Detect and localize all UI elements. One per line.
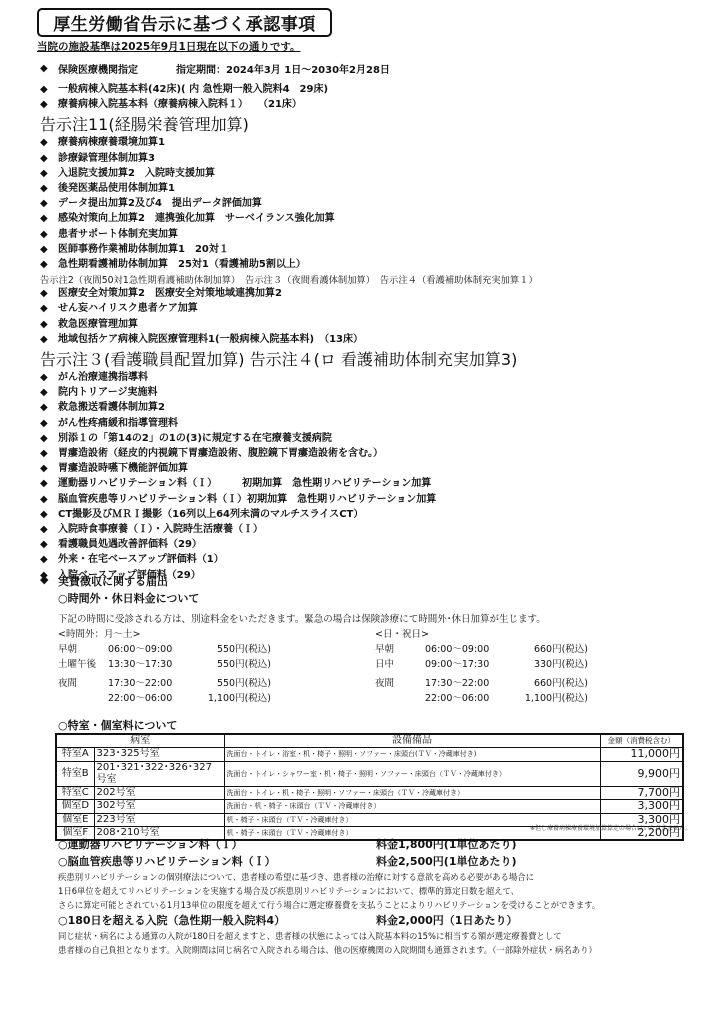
list-item: ◆療養病棟入院基本料（療養病棟入院料１） （21床） (40, 97, 720, 112)
diamond-bullet-icon: ◆ (40, 537, 58, 552)
room-price: 11,000円 (600, 748, 683, 762)
list-item: ◆療養病棟療養環境加算1 (40, 135, 720, 150)
table-header-row: 病室 設備備品 金額（消費税含む） (56, 734, 683, 748)
room-numbers: 201･321･322･326･327号室 (94, 761, 224, 786)
diamond-bullet-icon: ◆ (40, 227, 58, 242)
time: 17:30～22:00 (108, 676, 201, 691)
diamond-bullet-icon: ◆ (40, 332, 58, 347)
room-type: 個室E (56, 813, 94, 827)
room-equipment: 洗面台・トイレ・浴室・机・椅子・照明・ソファー・床頭台(ＴＶ・冷蔵庫付き) (224, 748, 600, 762)
list-item: ◆胃瘻造設術（経皮的内視鏡下胃瘻造設術、腹腔鏡下胃瘻造設術を含む。） (40, 446, 720, 461)
fee-row: 夜間17:30～22:00550円(税込) (58, 676, 375, 691)
diamond-bullet-icon: ◆ (40, 400, 58, 415)
room-numbers: 323･325号室 (94, 748, 224, 762)
fee: 1,100円(税込) (518, 691, 588, 706)
fee-row: 日中09:00～17:30330円(税込) (375, 657, 692, 672)
fee: 1,100円(税込) (201, 691, 271, 706)
diamond-bullet-icon: ◆ (40, 242, 58, 257)
item-subtext: 告示注11(経腸栄養管理加算) (40, 112, 720, 135)
page-title-text: 厚生労働省告示に基づく承認事項 (53, 10, 316, 35)
item-text: 院内トリアージ実施料 (58, 385, 158, 400)
fee-row: 早朝06:00～09:00660円(税込) (375, 642, 692, 657)
holiday-header: <日・祝日> (375, 628, 692, 642)
rehab-fees: ○運動器リハビリテーション料（Ｉ）料金1,800円(1単位あたり) ○脳血管疾患… (58, 836, 718, 957)
fee: 550円(税込) (201, 657, 271, 672)
fee-row: 夜間17:30～22:00660円(税込) (375, 676, 692, 691)
item-text: 急性期看護補助体制加算 25対1（看護補助5割以上） (58, 257, 306, 272)
item-text: がん性疼痛緩和指導管理料 (58, 416, 178, 431)
item-text: 療養病棟療養環境加算1 (58, 135, 165, 150)
diamond-bullet-icon: ◆ (40, 97, 58, 112)
fee-row: 22:00～06:001,100円(税込) (58, 691, 375, 706)
room-type: 特室B (56, 761, 94, 786)
room-numbers: 302号室 (94, 800, 224, 814)
period: 早朝 (58, 642, 108, 657)
item-text: 医師事務作業補助体制加算1 20対１ (58, 242, 229, 257)
list-item: ◆がん治療連携指導料 (40, 370, 720, 385)
room-fee-note: ※但し療養病棟療養環境加算算定の場合はいただきません。 (530, 823, 691, 832)
item-subtext: 告示注３(看護職員配置加算) 告示注４(ロ 看護補助体制充実加算3) (40, 347, 720, 370)
table-row: 特室C 202号室 洗面台・トイレ・机・椅子・照明・ソファー・床頭台（ＴＶ・冷蔵… (56, 786, 683, 800)
long-stay-fee-row: ○180日を超える入院（急性期一般入院料4）料金2,000円（1日あたり） (58, 912, 718, 929)
period (375, 691, 425, 706)
item-text: 感染対策向上加算2 連携強化加算 サーベイランス強化加算 (58, 211, 335, 226)
item-text: 脳血管疾患等リハビリテーション料（Ｉ）初期加算 急性期リハビリテーション加算 (58, 492, 436, 507)
fee-row: 22:00～06:001,100円(税込) (375, 691, 692, 706)
period: 日中 (375, 657, 425, 672)
period: 夜間 (375, 676, 425, 691)
list-item: ◆医療安全対策加算2 医療安全対策地域連携加算2 (40, 286, 720, 301)
item-text: データ提出加算2及び4 提出データ評価加算 (58, 196, 262, 211)
item-text: 療養病棟入院基本料（療養病棟入院料１） （21床） (58, 97, 302, 112)
rehab-fee-row: ○運動器リハビリテーション料（Ｉ）料金1,800円(1単位あたり) (58, 836, 718, 853)
private-room-fees-title: ○特室・個室料について (58, 717, 177, 733)
time: 22:00～06:00 (108, 691, 201, 706)
time: 06:00～09:00 (108, 642, 201, 657)
rehab-description-line: 疾患別リハビリテーションの個別療法について、患者様の希望に基づき、患者様の治療に… (58, 870, 718, 884)
time: 13:30～17:30 (108, 657, 201, 672)
table-row: 特室A 323･325号室 洗面台・トイレ・浴室・机・椅子・照明・ソファー・床頭… (56, 748, 683, 762)
diamond-bullet-icon: ◆ (40, 151, 58, 166)
list-item: ◆脳血管疾患等リハビリテーション料（Ｉ）初期加算 急性期リハビリテーション加算 (40, 492, 720, 507)
diamond-bullet-icon: ◆ (40, 431, 58, 446)
diamond-bullet-icon: ◆ (40, 257, 58, 272)
list-item: ◆院内トリアージ実施料 (40, 385, 720, 400)
approved-items-list: ◆一般病棟入院基本料(42床)( 内 急性期一般入院料4 29床) ◆療養病棟入… (40, 82, 720, 583)
diamond-bullet-icon: ◆ (40, 135, 58, 150)
fee-row: 早朝06:00～09:00550円(税込) (58, 642, 375, 657)
diamond-bullet-icon: ◆ (40, 476, 58, 491)
list-item: ◆せん妄ハイリスク患者ケア加算 (40, 301, 720, 316)
rehab-description-line: 1日6単位を超えてリハビリテーションを実施する場合及び疾患別リハビリテーションに… (58, 884, 718, 898)
diamond-bullet-icon: ◆ (40, 166, 58, 181)
item-text: 後発医薬品使用体制加算1 (58, 181, 175, 196)
list-item: ◆救急医療管理加算 (40, 317, 720, 332)
diamond-bullet-icon: ◆ (40, 416, 58, 431)
list-item: ◆急性期看護補助体制加算 25対1（看護補助5割以上） (40, 257, 720, 272)
diamond-bullet-icon: ◆ (40, 301, 58, 316)
list-item: ◆地域包括ケア病棟入院医療管理料1(一般病棟入院基本料) （13床） (40, 332, 720, 347)
diamond-bullet-icon: ◆ (40, 385, 58, 400)
list-item: ◆胃瘻造設時嚥下機能評価加算 (40, 461, 720, 476)
room-numbers: 223号室 (94, 813, 224, 827)
room-price: 9,900円 (600, 761, 683, 786)
insurance-designation: ◆ 保険医療機関指定 指定期間：2024年3月 1日～2030年2月28日 (40, 61, 390, 76)
room-price: 3,300円 (600, 800, 683, 814)
diamond-bullet-icon: ◆ (40, 82, 58, 97)
time: 22:00～06:00 (425, 691, 518, 706)
room-type: 特室C (56, 786, 94, 800)
diamond-bullet-icon: ◆ (40, 573, 58, 589)
item-text: がん治療連携指導料 (58, 370, 148, 385)
period: 早朝 (375, 642, 425, 657)
table-row: 特室B 201･321･322･326･327号室 洗面台・トイレ・シャワー室・… (56, 761, 683, 786)
list-item: ◆入退院支援加算2 入院時支援加算 (40, 166, 720, 181)
diamond-bullet-icon: ◆ (40, 63, 58, 74)
item-text: 入院時食事療養（Ｉ）・入院時生活療養（Ｉ） (58, 522, 263, 537)
long-stay-name: ○180日を超える入院（急性期一般入院料4） (58, 912, 376, 929)
after-hours-description: 下記の時間に受診される方は、別途料金をいただきます。緊急の場合は保険診療にて時間… (58, 611, 708, 625)
item-text: 入退院支援加算2 入院時支援加算 (58, 166, 215, 181)
room-type: 特室A (56, 748, 94, 762)
room-type: 個室D (56, 800, 94, 814)
weekday-fees: <時間外：月～土> 早朝06:00～09:00550円(税込) 土曜午後13:3… (58, 628, 375, 706)
room-equipment: 洗面台・机・椅子・床頭台（ＴＶ・冷蔵庫付き） (224, 800, 600, 814)
long-stay-fee: 料金2,000円（1日あたり） (376, 912, 517, 929)
item-text: 胃瘻造設術（経皮的内視鏡下胃瘻造設術、腹腔鏡下胃瘻造設術を含む。） (58, 446, 383, 461)
fee: 660円(税込) (518, 642, 588, 657)
list-item: ◆一般病棟入院基本料(42床)( 内 急性期一般入院料4 29床) (40, 82, 720, 97)
list-item: ◆入院時食事療養（Ｉ）・入院時生活療養（Ｉ） (40, 522, 720, 537)
list-item: ◆看護職員処遇改善評価料（29） (40, 537, 720, 552)
after-hours-title: ○時間外・休日料金について (58, 590, 708, 606)
rehab-name: ○脳血管疾患等リハビリテーション料（Ｉ） (58, 853, 376, 870)
fee: 550円(税込) (201, 676, 271, 691)
item-text: CT撮影及びＭＲＩ撮影（16列以上64列未満のマルチスライスCT） (58, 507, 363, 522)
diamond-bullet-icon: ◆ (40, 552, 58, 567)
item-text: 運動器リハビリテーション料（Ｉ） 初期加算 急性期リハビリテーション加算 (58, 476, 431, 491)
room-price: 7,700円 (600, 786, 683, 800)
list-item: ◆CT撮影及びＭＲＩ撮影（16列以上64列未満のマルチスライスCT） (40, 507, 720, 522)
diamond-bullet-icon: ◆ (40, 181, 58, 196)
list-item: ◆データ提出加算2及び4 提出データ評価加算 (40, 196, 720, 211)
long-stay-description-line: 同じ症状・病名による通算の入院が180日を超えますと、患者様の状態によっては入院… (58, 929, 718, 943)
list-item: ◆救急搬送看護体制加算2 (40, 400, 720, 415)
rehab-name: ○運動器リハビリテーション料（Ｉ） (58, 836, 376, 853)
item-text: 患者サポート体制充実加算 (58, 227, 178, 242)
item-text: 別添１の「第14の2」の1の(3)に規定する在宅療養支援病院 (58, 431, 332, 446)
rehab-fee: 料金2,500円(1単位あたり) (376, 853, 517, 870)
room-equipment: 洗面台・トイレ・机・椅子・照明・ソファー・床頭台（ＴＶ・冷蔵庫付き） (224, 786, 600, 800)
item-text: 救急搬送看護体制加算2 (58, 400, 165, 415)
diamond-bullet-icon: ◆ (40, 370, 58, 385)
diamond-bullet-icon: ◆ (40, 522, 58, 537)
diamond-bullet-icon: ◆ (40, 461, 58, 476)
weekday-header: <時間外：月～土> (58, 628, 375, 642)
list-item: ◆診療録管理体制加算3 (40, 151, 720, 166)
period: 土曜午後 (58, 657, 108, 672)
diamond-bullet-icon: ◆ (40, 317, 58, 332)
rehab-description-line: さらに算定可能とされている1月13単位の限度を超えて行う場合に選定療養費を支払う… (58, 898, 718, 912)
diamond-bullet-icon: ◆ (40, 211, 58, 226)
diamond-bullet-icon: ◆ (40, 196, 58, 211)
item-text: 一般病棟入院基本料(42床)( 内 急性期一般入院料4 29床) (58, 82, 328, 97)
period (58, 691, 108, 706)
fee: 550円(税込) (201, 642, 271, 657)
fee: 330円(税込) (518, 657, 588, 672)
col-header-price: 金額（消費税含む） (600, 734, 683, 748)
list-item: ◆感染対策向上加算2 連携強化加算 サーベイランス強化加算 (40, 211, 720, 226)
time: 17:30～22:00 (425, 676, 518, 691)
long-stay-description-line: 患者様の自己負担となります。入院期間は同じ病名で入院される場合は、他の医療機関の… (58, 943, 718, 957)
holiday-fees: <日・祝日> 早朝06:00～09:00660円(税込) 日中09:00～17:… (375, 628, 692, 706)
period: 夜間 (58, 676, 108, 691)
list-item: ◆患者サポート体制充実加算 (40, 227, 720, 242)
diamond-bullet-icon: ◆ (40, 492, 58, 507)
item-text: 医療安全対策加算2 医療安全対策地域連携加算2 (58, 286, 282, 301)
facility-standard-date: 当院の施設基準は2025年9月1日現在以下の通りです。 (37, 39, 301, 54)
rehab-fee: 料金1,800円(1単位あたり) (376, 836, 517, 853)
room-equipment: 洗面台・トイレ・シャワー室・机・椅子・照明・ソファー・床頭台（ＴＶ・冷蔵庫付き） (224, 761, 600, 786)
list-item: ◆別添１の「第14の2」の1の(3)に規定する在宅療養支援病院 (40, 431, 720, 446)
list-item: ◆後発医薬品使用体制加算1 (40, 181, 720, 196)
item-text: せん妄ハイリスク患者ケア加算 (58, 301, 198, 316)
table-row: 個室D 302号室 洗面台・机・椅子・床頭台（ＴＶ・冷蔵庫付き） 3,300円 (56, 800, 683, 814)
self-pay-section-heading: ◆ 実費徴収に関する届出 (40, 573, 168, 589)
self-pay-heading-text: 実費徴収に関する届出 (58, 573, 168, 589)
item-text: 外来・在宅ベースアップ評価料（1） (58, 552, 224, 567)
diamond-bullet-icon: ◆ (40, 286, 58, 301)
time: 09:00～17:30 (425, 657, 518, 672)
fee-row: 土曜午後13:30～17:30550円(税込) (58, 657, 375, 672)
diamond-bullet-icon: ◆ (40, 446, 58, 461)
diamond-bullet-icon: ◆ (40, 507, 58, 522)
item-subtext: 告示注2（夜間50対1急性期看護補助体制加算） 告示注３（夜間看護体制加算） 告… (40, 272, 720, 286)
list-item: ◆運動器リハビリテーション料（Ｉ） 初期加算 急性期リハビリテーション加算 (40, 476, 720, 491)
item-text: 救急医療管理加算 (58, 317, 138, 332)
rehab-fee-row: ○脳血管疾患等リハビリテーション料（Ｉ）料金2,500円(1単位あたり) (58, 853, 718, 870)
item-text: 看護職員処遇改善評価料（29） (58, 537, 202, 552)
list-item: ◆がん性疼痛緩和指導管理料 (40, 416, 720, 431)
col-header-room: 病室 (56, 734, 224, 748)
col-header-equipment: 設備備品 (224, 734, 600, 748)
item-text: 診療録管理体制加算3 (58, 151, 155, 166)
designation-period: 指定期間：2024年3月 1日～2030年2月28日 (176, 61, 390, 76)
after-hours-fees: ○時間外・休日料金について 下記の時間に受診される方は、別途料金をいただきます。… (58, 590, 708, 706)
designation-label: 保険医療機関指定 (58, 61, 176, 76)
room-numbers: 202号室 (94, 786, 224, 800)
fee: 660円(税込) (518, 676, 588, 691)
item-text: 胃瘻造設時嚥下機能評価加算 (58, 461, 188, 476)
list-item: ◆医師事務作業補助体制加算1 20対１ (40, 242, 720, 257)
time: 06:00～09:00 (425, 642, 518, 657)
item-text: 地域包括ケア病棟入院医療管理料1(一般病棟入院基本料) （13床） (58, 332, 363, 347)
page-title: 厚生労働省告示に基づく承認事項 (37, 8, 332, 37)
list-item: ◆外来・在宅ベースアップ評価料（1） (40, 552, 720, 567)
